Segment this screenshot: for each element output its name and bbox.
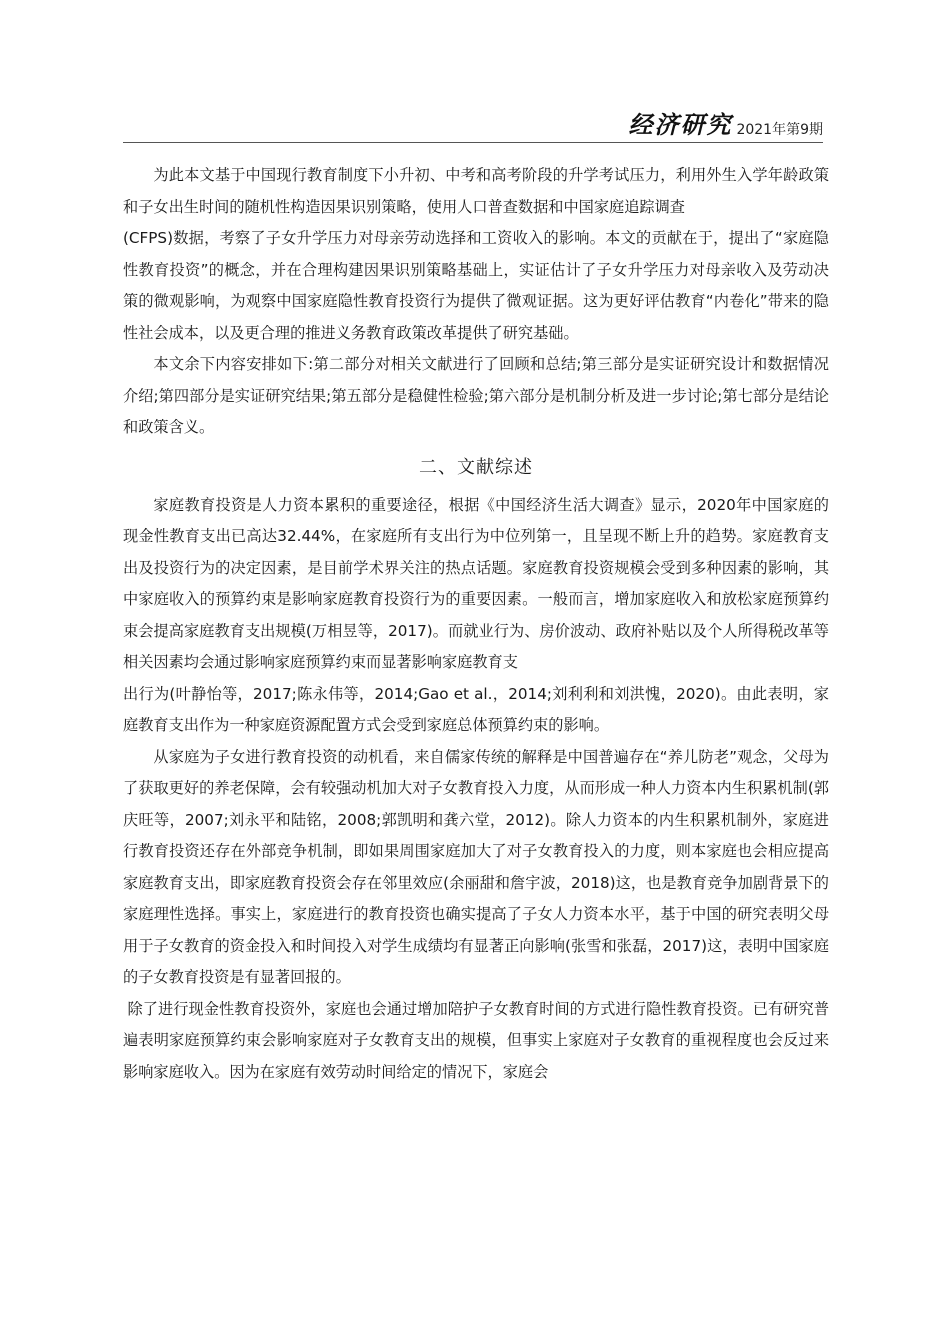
paragraph-intro-1: 为此本文基于中国现行教育制度下小升初、中考和高考阶段的升学考试压力，利用外生入学… [123, 160, 829, 223]
article-body: 为此本文基于中国现行教育制度下小升初、中考和高考阶段的升学考试压力，利用外生入学… [123, 160, 829, 1088]
journal-logo: 经济研究 [628, 111, 732, 139]
paragraph-intro-2: (CFPS)数据，考察了子女升学压力对母亲劳动选择和工资收入的影响。本文的贡献在… [123, 223, 829, 349]
paragraph-outline: 本文余下内容安排如下:第二部分对相关文献进行了回顾和总结;第三部分是实证研究设计… [123, 349, 829, 444]
journal-issue: 2021年第9期 [736, 121, 823, 139]
paragraph-lit-2: 出行为(叶静怡等，2017;陈永伟等，2014;Gao et al.，2014;… [123, 679, 829, 742]
section-heading: 二、文献综述 [123, 452, 829, 484]
paragraph-lit-1: 家庭教育投资是人力资本累积的重要途径，根据《中国经济生活大调查》显示，2020年… [123, 490, 829, 679]
journal-masthead: 经济研究 2021年第9期 [628, 111, 823, 139]
paragraph-lit-3: 从家庭为子女进行教育投资的动机看，来自儒家传统的解释是中国普遍存在“养儿防老”观… [123, 742, 829, 994]
page-header: 经济研究 2021年第9期 [123, 108, 823, 143]
paragraph-lit-4: 除了进行现金性教育投资外，家庭也会通过增加陪护子女教育时间的方式进行隐性教育投资… [123, 994, 829, 1089]
